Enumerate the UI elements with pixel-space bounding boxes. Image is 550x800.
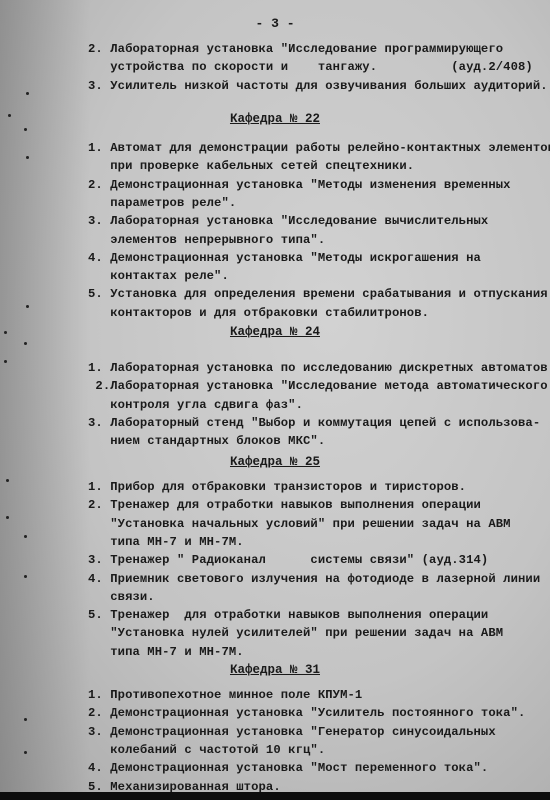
- list-item-line: устройства по скорости и тангажу. (ауд.2…: [88, 60, 533, 74]
- section-heading: Кафедра № 25: [0, 455, 550, 469]
- list-item-line: контактах реле".: [88, 269, 229, 283]
- list-item-line: связи.: [88, 590, 155, 604]
- list-item-line: контакторов и для отбраковки стабилитрон…: [88, 306, 429, 320]
- list-item-line: 4. Приемник светового излучения на фотод…: [88, 572, 540, 586]
- margin-mark: [26, 305, 29, 308]
- margin-mark: [8, 114, 11, 117]
- section-heading: Кафедра № 22: [0, 112, 550, 126]
- list-item-line: 5. Тренажер для отработки навыков выполн…: [88, 608, 488, 622]
- list-item-line: 3. Усилитель низкой частоты для озвучива…: [88, 79, 548, 93]
- document-page: - 3 - 2. Лабораторная установка "Исследо…: [0, 0, 550, 792]
- margin-mark: [26, 156, 29, 159]
- margin-mark: [24, 342, 27, 345]
- margin-mark: [26, 92, 29, 95]
- list-item-line: 2.Лабораторная установка "Исследование м…: [88, 379, 548, 393]
- list-item-line: контроля угла сдвига фаз".: [88, 398, 303, 412]
- list-item-line: 2. Лабораторная установка "Исследование …: [88, 42, 503, 56]
- page-number: - 3 -: [0, 16, 550, 31]
- list-item-line: нием стандартных блоков МКС".: [88, 434, 325, 448]
- list-item-line: колебаний с частотой 10 кгц".: [88, 743, 325, 757]
- list-item-line: типа МН-7 и МН-7М.: [88, 645, 244, 659]
- margin-mark: [24, 718, 27, 721]
- list-item-line: 3. Лабораторный стенд "Выбор и коммутаци…: [88, 416, 540, 430]
- section-heading: Кафедра № 31: [0, 663, 550, 677]
- list-item-line: 1. Автомат для демонстрации работы релей…: [88, 141, 550, 155]
- margin-mark: [24, 575, 27, 578]
- list-item-line: элементов непрерывного типа".: [88, 233, 325, 247]
- list-item-line: при проверке кабельных сетей спецтехники…: [88, 159, 414, 173]
- scan-edge: [0, 792, 550, 800]
- list-item-line: 2. Демонстрационная установка "Методы из…: [88, 178, 511, 192]
- section-heading: Кафедра № 24: [0, 325, 550, 339]
- margin-mark: [24, 751, 27, 754]
- margin-mark: [6, 516, 9, 519]
- list-item-line: 5. Механизированная штора.: [88, 780, 281, 793]
- list-item-line: типа МН-7 и МН-7М.: [88, 535, 244, 549]
- margin-mark: [24, 128, 27, 131]
- list-item-line: 4. Демонстрационная установка "Методы ис…: [88, 251, 481, 265]
- margin-mark: [4, 360, 7, 363]
- margin-mark: [6, 479, 9, 482]
- list-item-line: 5. Установка для определения времени сра…: [88, 287, 548, 301]
- list-item-line: 3. Тренажер " Радиоканал системы связи" …: [88, 553, 488, 567]
- margin-mark: [4, 331, 7, 334]
- list-item-line: параметров реле".: [88, 196, 236, 210]
- list-item-line: "Установка нулей усилителей" при решении…: [88, 626, 503, 640]
- margin-mark: [24, 535, 27, 538]
- list-item-line: 2. Тренажер для отработки навыков выполн…: [88, 498, 481, 512]
- list-item-line: 3. Демонстрационная установка "Генератор…: [88, 725, 496, 739]
- list-item-line: 1. Противопехотное минное поле КПУМ-1: [88, 688, 362, 702]
- list-item-line: "Установка начальных условий" при решени…: [88, 517, 511, 531]
- list-item-line: 2. Демонстрационная установка "Усилитель…: [88, 706, 525, 720]
- list-item-line: 1. Прибор для отбраковки транзисторов и …: [88, 480, 466, 494]
- list-item-line: 1. Лабораторная установка по исследовани…: [88, 361, 550, 375]
- list-item-line: 4. Демонстрационная установка "Мост пере…: [88, 761, 488, 775]
- list-item-line: 3. Лабораторная установка "Исследование …: [88, 214, 488, 228]
